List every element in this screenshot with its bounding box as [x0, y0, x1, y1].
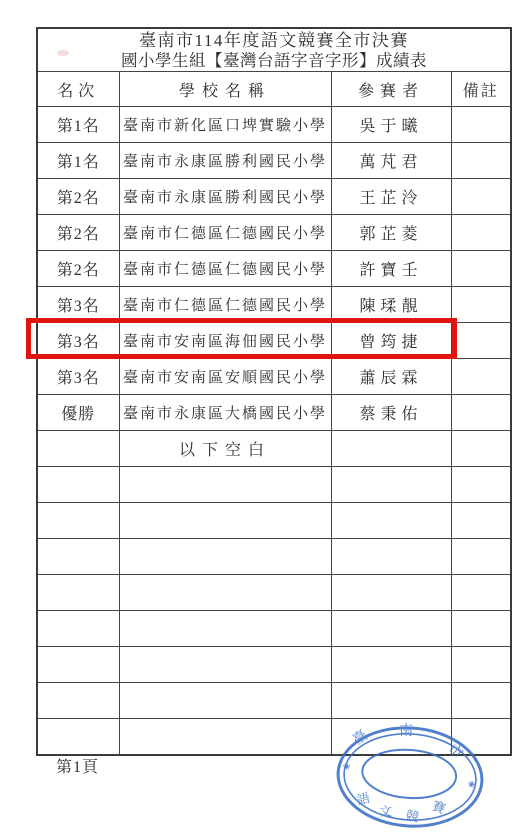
participant-cell: 曾筠捷 [331, 323, 451, 359]
participant-cell: 萬芃君 [331, 143, 451, 179]
note-cell [451, 359, 511, 395]
note-cell [451, 647, 511, 683]
table-row: 第3名臺南市仁德區仁德國民小學陳瑈靚 [37, 287, 511, 323]
note-cell [451, 719, 511, 755]
note-cell [451, 431, 511, 467]
participant-cell: 蕭辰霖 [331, 359, 451, 395]
note-cell [451, 215, 511, 251]
empty-row [37, 503, 511, 539]
rank-cell: 第2名 [37, 179, 119, 215]
participant-cell: 郭芷菱 [331, 215, 451, 251]
rank-cell [37, 467, 119, 503]
participant-cell [331, 539, 451, 575]
table-row: 第1名臺南市新化區口埤實驗小學吳于曦 [37, 107, 511, 143]
blank-marker-cell: 以下空白 [119, 431, 331, 467]
participant-cell: 陳瑈靚 [331, 287, 451, 323]
participant-cell [331, 575, 451, 611]
seal-char-jing: 競 [405, 808, 420, 825]
rank-cell [37, 719, 119, 755]
rank-cell: 第3名 [37, 287, 119, 323]
table-row: 第2名臺南市仁德區仁德國民小學許寶壬 [37, 251, 511, 287]
document-title-line2: 國小學生組【臺灣台語字音字形】成績表 [38, 51, 510, 71]
rank-cell [37, 683, 119, 719]
title-cell: 臺南市114年度語文競賽全市決賽 國小學生組【臺灣台語字音字形】成績表 [37, 28, 511, 72]
school-cell [119, 647, 331, 683]
table-row: 第1名臺南市永康區勝利國民小學萬芃君 [37, 143, 511, 179]
note-cell [451, 179, 511, 215]
col-header-rank: 名次 [37, 72, 119, 107]
scan-artifact [57, 50, 69, 56]
school-cell: 臺南市永康區勝利國民小學 [119, 179, 331, 215]
note-cell [451, 287, 511, 323]
participant-cell: 蔡秉佑 [331, 395, 451, 431]
rank-cell [37, 575, 119, 611]
note-cell [451, 143, 511, 179]
title-row: 臺南市114年度語文競賽全市決賽 國小學生組【臺灣台語字音字形】成績表 [37, 28, 511, 72]
participant-cell: 王芷泠 [331, 179, 451, 215]
note-cell [451, 251, 511, 287]
participant-cell: 吳于曦 [331, 107, 451, 143]
table-row: 第2名臺南市仁德區仁德國民小學郭芷菱 [37, 215, 511, 251]
rank-cell: 第2名 [37, 215, 119, 251]
note-cell [451, 683, 511, 719]
seal-char-sai: 賽 [430, 798, 449, 817]
note-cell [451, 503, 511, 539]
col-header-participant: 參賽者 [331, 72, 451, 107]
participant-cell [331, 611, 451, 647]
school-cell: 臺南市永康區大橋國民小學 [119, 395, 331, 431]
rank-cell: 第3名 [37, 323, 119, 359]
note-cell [451, 539, 511, 575]
school-cell: 臺南市新化區口埤實驗小學 [119, 107, 331, 143]
rank-cell: 第2名 [37, 251, 119, 287]
empty-row [37, 719, 511, 755]
rank-cell [37, 611, 119, 647]
plum-blossom-icon-right: ❀ [468, 779, 477, 790]
col-header-school: 學校名稱 [119, 72, 331, 107]
school-cell: 臺南市永康區勝利國民小學 [119, 143, 331, 179]
empty-row [37, 575, 511, 611]
results-table: 臺南市114年度語文競賽全市決賽 國小學生組【臺灣台語字音字形】成績表 名次 學… [36, 27, 512, 756]
school-cell [119, 683, 331, 719]
rank-cell: 優勝 [37, 395, 119, 431]
table-row: 第2名臺南市永康區勝利國民小學王芷泠 [37, 179, 511, 215]
rank-cell [37, 647, 119, 683]
rank-cell: 第3名 [37, 359, 119, 395]
empty-row [37, 611, 511, 647]
note-cell [451, 467, 511, 503]
school-cell [119, 611, 331, 647]
document-title-line1: 臺南市114年度語文競賽全市決賽 [38, 30, 510, 51]
note-cell [451, 395, 511, 431]
note-cell [451, 611, 511, 647]
plum-blossom-icon-left: ❀ [342, 761, 351, 772]
blank-marker-row: 以下空白 [37, 431, 511, 467]
note-cell [451, 323, 511, 359]
table-row: 第3名臺南市安南區安順國民小學蕭辰霖 [37, 359, 511, 395]
participant-cell [331, 467, 451, 503]
school-cell [119, 539, 331, 575]
school-cell: 臺南市仁德區仁德國民小學 [119, 251, 331, 287]
results-body: 第1名臺南市新化區口埤實驗小學吳于曦第1名臺南市永康區勝利國民小學萬芃君第2名臺… [37, 107, 511, 755]
school-cell [119, 575, 331, 611]
table-row-highlighted: 第3名臺南市安南區海佃國民小學曾筠捷 [37, 323, 511, 359]
note-cell [451, 107, 511, 143]
participant-cell: 許寶壬 [331, 251, 451, 287]
school-cell: 臺南市仁德區仁德國民小學 [119, 215, 331, 251]
col-header-note: 備註 [451, 72, 511, 107]
school-cell [119, 503, 331, 539]
page-number: 第1頁 [56, 754, 99, 777]
empty-row [37, 539, 511, 575]
note-cell [451, 575, 511, 611]
participant-cell [331, 431, 451, 467]
school-cell: 臺南市安南區安順國民小學 [119, 359, 331, 395]
table-row: 優勝臺南市永康區大橋國民小學蔡秉佑 [37, 395, 511, 431]
participant-cell [331, 719, 451, 755]
school-cell: 臺南市仁德區仁德國民小學 [119, 287, 331, 323]
school-cell [119, 719, 331, 755]
school-cell: 臺南市安南區海佃國民小學 [119, 323, 331, 359]
rank-cell [37, 503, 119, 539]
empty-row [37, 467, 511, 503]
empty-row [37, 683, 511, 719]
rank-cell [37, 539, 119, 575]
participant-cell [331, 503, 451, 539]
rank-cell: 第1名 [37, 107, 119, 143]
rank-cell [37, 431, 119, 467]
participant-cell [331, 683, 451, 719]
participant-cell [331, 647, 451, 683]
column-header-row: 名次 學校名稱 參賽者 備註 [37, 72, 511, 107]
seal-char-yu: 語 [355, 790, 371, 808]
rank-cell: 第1名 [37, 143, 119, 179]
seal-char-wen: 文 [379, 804, 393, 819]
school-cell [119, 467, 331, 503]
empty-row [37, 647, 511, 683]
document-page: 臺南市114年度語文競賽全市決賽 國小學生組【臺灣台語字音字形】成績表 名次 學… [0, 0, 524, 835]
